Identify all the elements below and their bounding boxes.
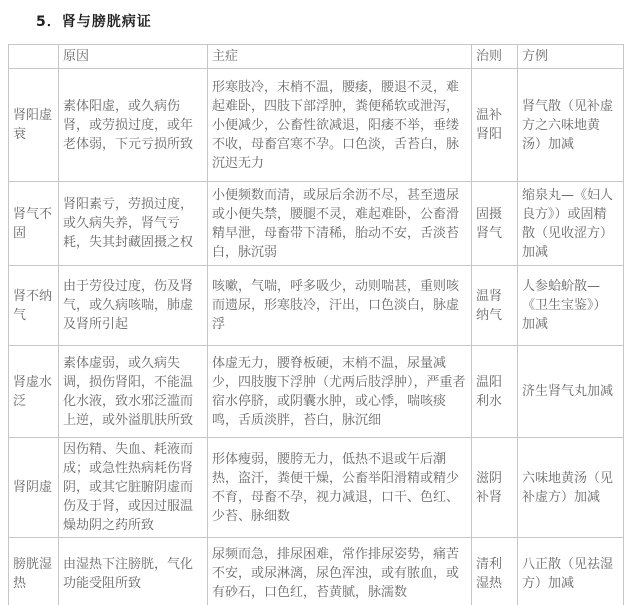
cause-cell: 肾阳素亏，劳损过度，或久病失养，肾气亏耗，失其封藏固摄之权 bbox=[59, 182, 208, 266]
principle-cell: 清利湿热 bbox=[472, 538, 518, 605]
syndrome-cell: 膀胱湿热 bbox=[9, 538, 59, 605]
table-header-row: 原因 主症 治则 方例 bbox=[9, 45, 624, 69]
header-principle: 治则 bbox=[472, 45, 518, 69]
syndrome-cell: 肾气不固 bbox=[9, 182, 59, 266]
cause-cell: 由于劳役过度，伤及肾气，或久病咳喘，肺虚及肾所引起 bbox=[59, 266, 208, 346]
cause-cell: 由湿热下注膀胱，气化功能受阻所致 bbox=[59, 538, 208, 605]
principle-cell: 滋阴补肾 bbox=[472, 438, 518, 538]
table-row: 肾不纳气 由于劳役过度，伤及肾气，或久病咳喘，肺虚及肾所引起 咳嗽，气喘，呼多吸… bbox=[9, 266, 624, 346]
principle-cell: 温阳利水 bbox=[472, 346, 518, 438]
table-row: 肾阳虚衰 素体阳虚，或久病伤肾，或劳损过度，或年老体弱，下元亏损所致 形寒肢冷，… bbox=[9, 69, 624, 182]
prescription-cell: 人参蛤蚧散—《卫生宝鉴》）加减 bbox=[518, 266, 624, 346]
prescription-cell: 八正散（见祛湿方）加减 bbox=[518, 538, 624, 605]
document-page: 5．肾与膀胱病证 原因 主症 治则 方例 肾阳虚衰 素体阳虚，或久病伤肾，或劳损… bbox=[0, 0, 625, 605]
prescription-cell: 六味地黄汤（见补虚方）加减 bbox=[518, 438, 624, 538]
header-syndrome bbox=[9, 45, 59, 69]
syndrome-cell: 肾虚水泛 bbox=[9, 346, 59, 438]
symptoms-cell: 形寒肢冷，末梢不温，腰痿，腰退不灵，难起难卧，四肢下部浮肿，粪便稀软或泄泻，小便… bbox=[208, 69, 472, 182]
prescription-cell: 肾气散（见补虚方之六味地黄汤）加减 bbox=[518, 69, 624, 182]
header-prescription: 方例 bbox=[518, 45, 624, 69]
page-title: 5．肾与膀胱病证 bbox=[36, 11, 625, 31]
symptoms-cell: 咳嗽，气喘，呼多吸少，动则喘甚，重则咳而遗尿，形寒肢冷，汗出，口色淡白，脉虚浮 bbox=[208, 266, 472, 346]
cause-cell: 因伤精、失血、耗液而成；或急性热病耗伤肾阴，或其它脏腑阴虚而伤及于肾，或因过服温… bbox=[59, 438, 208, 538]
table-row: 膀胱湿热 由湿热下注膀胱，气化功能受阻所致 尿频而急，排尿困难，常作排尿姿势，痛… bbox=[9, 538, 624, 605]
cause-cell: 素体阳虚，或久病伤肾，或劳损过度，或年老体弱，下元亏损所致 bbox=[59, 69, 208, 182]
symptoms-cell: 小便频数而清，或尿后余沥不尽，甚至遗尿或小便失禁，腰腿不灵，难起难卧，公畜滑精早… bbox=[208, 182, 472, 266]
symptoms-cell: 形体瘦弱，腰胯无力，低热不退或午后潮热，盗汗，粪便干燥，公畜举阳滑精或精少不育，… bbox=[208, 438, 472, 538]
table-row: 肾虚水泛 素体虚弱，或久病失调，损伤肾阳，不能温化水液，致水邪泛滥而上逆，或外溢… bbox=[9, 346, 624, 438]
principle-cell: 温补肾阳 bbox=[472, 69, 518, 182]
syndrome-cell: 肾阴虚 bbox=[9, 438, 59, 538]
prescription-cell: 济生肾气丸加减 bbox=[518, 346, 624, 438]
table-row: 肾阴虚 因伤精、失血、耗液而成；或急性热病耗伤肾阴，或其它脏腑阴虚而伤及于肾，或… bbox=[9, 438, 624, 538]
table-row: 肾气不固 肾阳素亏，劳损过度，或久病失养，肾气亏耗，失其封藏固摄之权 小便频数而… bbox=[9, 182, 624, 266]
cause-cell: 素体虚弱，或久病失调，损伤肾阳，不能温化水液，致水邪泛滥而上逆，或外溢肌肤所致 bbox=[59, 346, 208, 438]
syndrome-cell: 肾不纳气 bbox=[9, 266, 59, 346]
principle-cell: 温肾纳气 bbox=[472, 266, 518, 346]
symptoms-cell: 体虚无力，腰脊板硬，末梢不温，尿量减少，四肢腹下浮肿（尤两后肢浮肿），严重者宿水… bbox=[208, 346, 472, 438]
syndrome-cell: 肾阳虚衰 bbox=[9, 69, 59, 182]
header-symptoms: 主症 bbox=[208, 45, 472, 69]
kidney-bladder-syndrome-table: 原因 主症 治则 方例 肾阳虚衰 素体阳虚，或久病伤肾，或劳损过度，或年老体弱，… bbox=[8, 44, 624, 605]
principle-cell: 固摄肾气 bbox=[472, 182, 518, 266]
prescription-cell: 缩泉丸—《妇人良方》）或固精散（见收涩方）加减 bbox=[518, 182, 624, 266]
header-cause: 原因 bbox=[59, 45, 208, 69]
symptoms-cell: 尿频而急，排尿困难，常作排尿姿势，痛苦不安，或尿淋漓，尿色浑浊，或有脓血，或有砂… bbox=[208, 538, 472, 605]
